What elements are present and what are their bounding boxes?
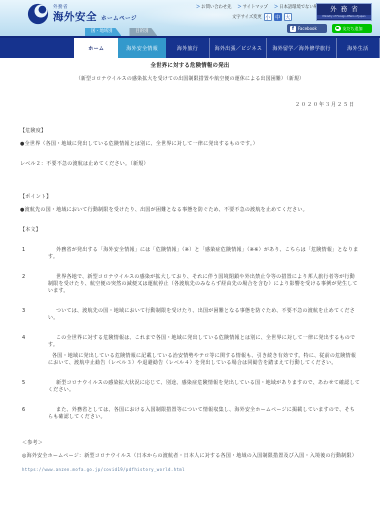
line-speech-bubble-icon xyxy=(335,26,341,32)
main-navigation: ホーム 海外安全情報 海外旅行 海外出張／ビジネス 海外留学／海外修学旅行 海外… xyxy=(0,36,380,58)
nav-sub-tabs: 国・地域別 目的別 xyxy=(85,28,157,36)
facebook-icon: f xyxy=(290,26,296,32)
line-add-friend-button[interactable]: 友だち追加 xyxy=(332,24,372,33)
sitemap-link[interactable]: ＞サイトマップ xyxy=(237,4,268,10)
body-item-text: 新型コロナウイルスの感染拡大状況に応じて、別途、感染症危険情報を発出している国・… xyxy=(48,380,360,394)
body-item-5: 5 新型コロナウイルスの感染拡大状況に応じて、別途、感染症危険情報を発出している… xyxy=(20,380,360,394)
mofa-site-button[interactable]: 外務省 Ministry of Foreign Affairs of Japan xyxy=(316,3,372,21)
body-item-2: 2 世界各地で、新型コロナウイルスの感染が拡大しており、それに伴う国境閉鎖や外出… xyxy=(20,274,360,295)
point-bullet: ●渡航先の国・地域において行動制限を受けたり、出国が困難となる事態を防ぐため、不… xyxy=(20,207,360,214)
mofa-globe-icon xyxy=(27,3,49,25)
danger-level-2-line: レベル２：不要不急の渡航は止めてください。（新規） xyxy=(20,161,360,168)
body-item-text: 世界各地で、新型コロナウイルスの感染が拡大しており、それに伴う国境閉鎖や外出禁止… xyxy=(48,274,360,295)
chevron-right-icon: ＞ xyxy=(274,4,278,10)
article-subtitle: （新型コロナウイルスの感染拡大を受けての出国制限措置や航空便の運休による出国困難… xyxy=(20,76,360,83)
nav-tab-business-trip[interactable]: 海外出張／ビジネス xyxy=(210,38,267,58)
line-button-label: 友だち追加 xyxy=(343,26,363,32)
body-item-4: 4 この全世界に対する危険情報は、これまで各国・地域に発出している危険情報とは別… xyxy=(20,335,360,367)
body-item-text: 外務省が発出する「海外安全情報」には「危険情報」（※）と「感染症危険情報」（※※… xyxy=(48,247,360,261)
body-item-number: 4 xyxy=(22,335,25,342)
facebook-button[interactable]: f Facebook xyxy=(287,24,327,33)
subtab-by-purpose[interactable]: 目的別 xyxy=(129,28,157,36)
body-item-3: 3 ついては、渡航先の国・地域において行動制限を受けたり、出国が困難となる事態を… xyxy=(20,308,360,322)
logo-title-suffix: ホームページ xyxy=(101,16,137,22)
reference-heading: ＜参考＞ xyxy=(20,440,360,447)
nav-tab-home[interactable]: ホーム xyxy=(74,38,118,58)
non-japanese-env-link[interactable]: ＞日本語環境でない場合 xyxy=(274,4,322,10)
mofa-site-button-label: 外務省 xyxy=(317,4,371,15)
body-item-number: 1 xyxy=(22,247,25,254)
body-item-text: この全世界に対する危険情報は、これまで各国・地域に発出している危険情報とは別に、… xyxy=(48,335,360,349)
utility-links: ＞お問い合わせ先 ＞サイトマップ ＞日本語環境でない場合 xyxy=(196,4,322,10)
font-size-large-button[interactable]: 大 xyxy=(284,13,292,21)
danger-level-bullet: ●全世界（各国・地域に発出している危険情報とは別に、全世界に対して一律に発出する… xyxy=(20,141,360,148)
sitemap-link-label: サイトマップ xyxy=(243,4,268,10)
site-header: 外務省 海外安全 ホームページ ＞お問い合わせ先 ＞サイトマップ ＞日本語環境で… xyxy=(0,0,380,36)
nav-tab-overseas-living[interactable]: 海外生活 xyxy=(337,38,380,58)
body-item-number: 5 xyxy=(22,380,25,387)
logo-title-main: 海外安全 xyxy=(53,11,97,23)
font-size-control: 文字サイズ変更 小 中 大 xyxy=(232,13,292,21)
nav-left-spacer xyxy=(0,38,74,58)
contact-link[interactable]: ＞お問い合わせ先 xyxy=(196,4,231,10)
body-item-text: ついては、渡航先の国・地域において行動制限を受けたり、出国が困難となる事態を防ぐ… xyxy=(48,308,360,322)
body-item-number: 3 xyxy=(22,308,25,315)
chevron-right-icon: ＞ xyxy=(196,4,200,10)
body-item-text-continued: 各国・地域に発出している危険情報に記載している治安情勢やテロ等に関する情報も、引… xyxy=(48,353,360,367)
body-item-text: また、外務省としては、各国における入国制限措置等について情報収集し、海外安全ホー… xyxy=(48,407,360,421)
font-size-medium-button[interactable]: 中 xyxy=(274,13,282,21)
reference-item: ◎海外安全ホームページ：新型コロナウイルス（日本からの渡航者・日本人に対する各国… xyxy=(20,453,360,460)
body-item-number: 2 xyxy=(22,274,25,281)
body-item-1: 1 外務省が発出する「海外安全情報」には「危険情報」（※）と「感染症危険情報」（… xyxy=(20,247,360,261)
facebook-button-label: Facebook xyxy=(298,26,317,31)
article-title: 全世界に対する危険情報の発出 xyxy=(20,63,360,70)
mofa-site-button-sublabel: Ministry of Foreign Affairs of Japan xyxy=(317,15,371,19)
social-buttons: f Facebook 友だち追加 xyxy=(287,24,372,33)
nav-tab-study-abroad[interactable]: 海外留学／海外修学旅行 xyxy=(267,38,336,58)
nav-tab-overseas-safety-info[interactable]: 海外安全情報 xyxy=(118,38,165,58)
logo-site-title: 海外安全 ホームページ xyxy=(53,12,137,23)
chevron-right-icon: ＞ xyxy=(237,4,241,10)
article-content: 全世界に対する危険情報の発出 （新型コロナウイルスの感染拡大を受けての出国制限措… xyxy=(0,63,380,473)
body-heading: 【本文】 xyxy=(20,227,360,234)
nav-tab-overseas-travel[interactable]: 海外旅行 xyxy=(166,38,210,58)
body-item-number: 6 xyxy=(22,407,25,414)
site-logo-text: 外務省 海外安全 ホームページ xyxy=(53,6,137,23)
danger-level-heading: 【危険度】 xyxy=(20,128,360,135)
point-heading: 【ポイント】 xyxy=(20,194,360,201)
article-date: ２０２０年３月２５日 xyxy=(20,102,360,109)
contact-link-label: お問い合わせ先 xyxy=(201,4,231,10)
font-size-small-button[interactable]: 小 xyxy=(264,13,272,21)
body-item-6: 6 また、外務省としては、各国における入国制限措置等について情報収集し、海外安全… xyxy=(20,407,360,421)
font-size-label: 文字サイズ変更 xyxy=(232,14,262,20)
subtab-by-region[interactable]: 国・地域別 xyxy=(85,28,121,36)
logo-ministry-label: 外務省 xyxy=(53,6,137,11)
site-logo[interactable]: 外務省 海外安全 ホームページ xyxy=(27,3,137,25)
reference-url-link[interactable]: https://www.anzen.mofa.go.jp/covid19/pdf… xyxy=(20,466,360,473)
